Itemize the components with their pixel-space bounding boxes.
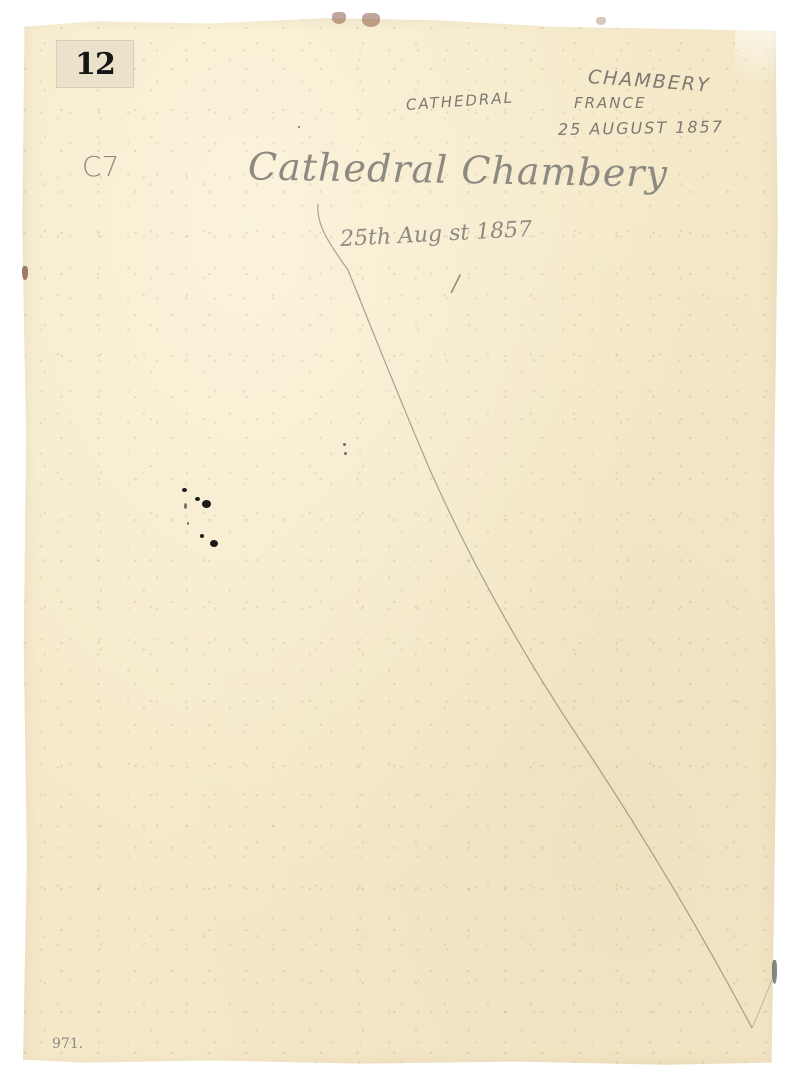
ink-spot (344, 452, 347, 455)
paper-corner-wear (735, 20, 775, 80)
inscription-date-caps: 25 AUGUST 1857 (558, 117, 724, 139)
top-edge-stain (362, 13, 380, 27)
ink-spot (202, 500, 211, 508)
ink-spot (184, 503, 187, 509)
inventory-number-label: 12 (56, 40, 134, 88)
catalogue-code: C7 (82, 150, 119, 183)
ink-spot (210, 540, 218, 547)
inscription-france: FRANCE (574, 94, 646, 112)
ink-spot (195, 497, 200, 501)
ink-spot (298, 126, 300, 128)
tick-mark: / (452, 272, 459, 297)
right-edge-stain (772, 960, 777, 984)
top-edge-stain (332, 12, 346, 24)
top-edge-stain (596, 17, 606, 25)
ink-spot (182, 488, 187, 492)
inscription-script-title: Cathedral Chambery (248, 144, 669, 195)
left-edge-stain (22, 266, 28, 280)
inventory-number: 12 (75, 47, 115, 82)
ink-spot (187, 522, 189, 525)
ink-spot (200, 534, 204, 538)
bottom-number: 971. (52, 1036, 83, 1052)
ink-spot (343, 443, 346, 446)
